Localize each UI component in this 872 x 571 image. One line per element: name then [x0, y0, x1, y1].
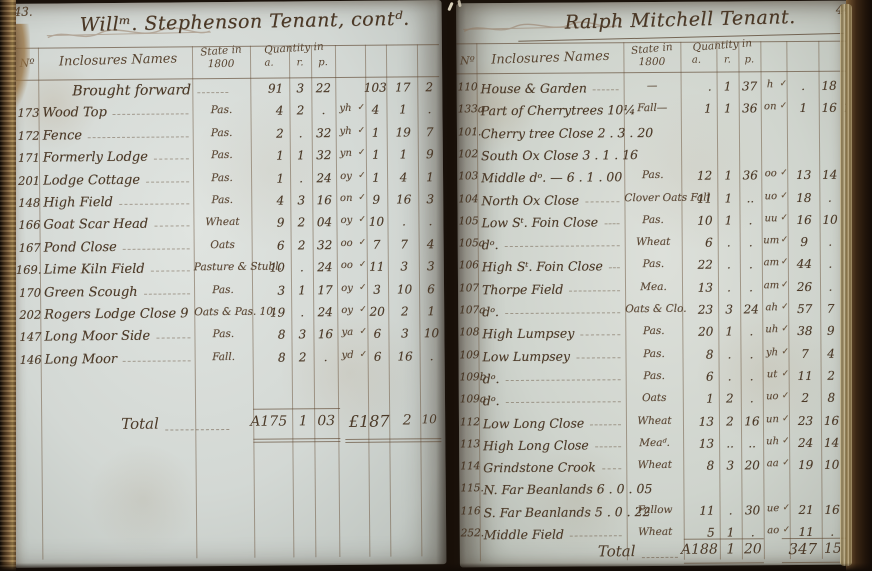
perches-value: 32: [313, 238, 337, 252]
leader-dashes: [144, 292, 190, 294]
shillings-value: 14: [821, 435, 842, 449]
state-in-1800: Meaᵈ.: [626, 437, 683, 449]
acres-value: 10: [252, 261, 285, 275]
shillings-value: .: [820, 257, 841, 271]
roods-value: .: [291, 305, 313, 319]
pounds-value: 3: [364, 282, 390, 296]
shillings-value: 10: [820, 213, 841, 227]
total-roods: 1: [292, 413, 314, 429]
shillings-value: 18: [819, 79, 840, 93]
acres-value: 11: [681, 191, 712, 205]
leader-dashes: [123, 247, 190, 250]
acres-value: 11: [684, 503, 715, 517]
roods-value: 3: [718, 302, 740, 316]
ledger-row: 109b dᵒ. Pas. 6 . . ut ✓ 11 2 ..: [459, 369, 853, 394]
pounds-value: 23: [791, 413, 820, 427]
pounds-value: 11: [364, 260, 390, 274]
acres-value: 4: [250, 104, 283, 118]
roods-value: .: [290, 171, 312, 185]
perches-value: 36: [739, 168, 761, 182]
ledger-row: 148 High Field Pas. 4 3 16 on ✓ 9 16 3: [11, 192, 443, 218]
perches-value: 37: [739, 79, 761, 93]
state-in-1800: Fall.: [195, 351, 253, 364]
state-in-1800: Pas.: [193, 194, 251, 207]
acres-value: 6: [252, 238, 285, 252]
state-in-1800: Oats: [626, 392, 683, 404]
roods-value: 3: [289, 81, 311, 95]
leader-dashes: [154, 225, 189, 227]
inclosure-name: Green Scough: [44, 284, 194, 300]
total-acres: A175: [235, 413, 287, 429]
ledger-row: 171 Formerly Lodge Pas. 1 1 32 yn ✓ 1 1 …: [11, 147, 443, 173]
acres-value: 1: [683, 392, 714, 406]
rate-code: h: [761, 79, 780, 90]
total-perches: 03: [314, 413, 338, 429]
inclosure-name: North Ox Close: [481, 192, 623, 208]
inclosure-name: Middle dᵒ. — 6 . 1 . 00: [481, 169, 623, 185]
inclosure-name: N. Far Beanlands 6 . 0 . 05: [483, 482, 625, 498]
inclosure-name: Fence: [43, 127, 193, 143]
perches-value: .: [740, 280, 762, 294]
state-in-1800: Pas.: [626, 370, 683, 382]
total-shillings: 2: [397, 412, 417, 428]
bottom-shadow: [0, 563, 872, 571]
acres-value: 22: [682, 258, 713, 272]
roods-value: 1: [717, 102, 739, 116]
state-in-1800: Pas.: [625, 258, 682, 270]
shillings-value: 10: [390, 282, 419, 296]
row-number: 202: [16, 308, 41, 322]
ledger-row: 109a dᵒ. Oats 1 2 . uo ✓ 2 8 ..: [459, 391, 853, 416]
ledger-row: 103 Middle dᵒ. — 6 . 1 . 00 Pas. 12 1 36…: [457, 168, 851, 193]
roods-value: .: [719, 369, 741, 383]
leader-dashes: [604, 222, 619, 224]
ledger-row: 172 Fence Pas. 2 . 32 yh ✓ 1 19 7: [11, 125, 443, 151]
pounds-value: 26: [790, 280, 819, 294]
total-acres: A188: [672, 542, 718, 558]
roods-value: 1: [717, 79, 739, 93]
leader-dashes: [580, 334, 620, 336]
rate-code: uh: [762, 324, 781, 335]
pounds-value: 1: [789, 101, 818, 115]
acres-value: 9: [251, 216, 284, 230]
ledger-row: Brought forward 91 3 22 103 17 2: [10, 80, 442, 106]
inclosure-name: S. Far Beanlands 5 . 0 . 22: [484, 504, 626, 520]
roods-value: .: [718, 258, 740, 272]
roods-value: 1: [718, 325, 740, 339]
ledger-row: 116 S. Far Beanlands 5 . 0 . 22 Fallow 1…: [460, 502, 854, 527]
ledger-row: 133a Part of Cherrytrees 10¼ Fall— 1 1 3…: [457, 101, 851, 126]
perches-value: ..: [741, 436, 763, 450]
pounds-value: 44: [790, 257, 819, 271]
pounds-value: 24: [791, 436, 820, 450]
rate-code: ao: [764, 525, 783, 536]
acres-value: 8: [252, 328, 285, 342]
acres-value: 13: [683, 436, 714, 450]
acres-value: 19: [252, 306, 285, 320]
acres-value: 91: [250, 82, 283, 96]
leader-dashes: [123, 359, 191, 362]
ledger-row: 115. N. Far Beanlands 6 . 0 . 05: [459, 480, 853, 505]
perches-value: 32: [312, 126, 336, 140]
header-rule: [456, 41, 848, 45]
pounds-value: 38: [790, 324, 819, 338]
ledger-row: 105 Low Sᵗ. Foin Close Pas. 10 1 . uu ✓ …: [458, 212, 852, 237]
inclosure-name: Wood Top: [42, 105, 192, 121]
rate-code: ya: [336, 327, 358, 338]
state-in-1800: Pasture & Stubl.: [194, 261, 252, 274]
state-in-1800: Wheat: [626, 414, 683, 426]
ledger-row: 104 North Ox Close Clover Oats Fall 11 1…: [457, 190, 851, 215]
pounds-value: 57: [790, 302, 819, 316]
shillings-value: .: [820, 279, 841, 293]
ledger-row: 112 Low Long Close Wheat 13 2 16 un ✓ 23…: [459, 413, 853, 438]
perches-value: 04: [312, 215, 336, 229]
shillings-value: 4: [820, 346, 841, 360]
ledger-row: 107a dᵒ. Oats & Clo. 23 3 24 ah ✓ 57 7 2: [458, 302, 852, 327]
rate-code: yh: [762, 347, 781, 358]
leader-dashes: [595, 445, 621, 447]
inclosure-name: dᵒ.: [483, 392, 625, 408]
roods-value: .: [291, 260, 313, 274]
shillings-value: 16: [389, 192, 418, 206]
rate-code: oy: [336, 305, 358, 316]
rate-code: ah: [762, 302, 781, 313]
ledger-book: 43. Willᵐ. Stephenson Tenant, contᵈ. Nº …: [0, 0, 872, 571]
roods-value: ..: [719, 436, 741, 450]
perches-value: 30: [742, 503, 764, 517]
state-in-1800: Pas.: [193, 149, 251, 162]
pounds-value: 7: [790, 346, 819, 360]
inclosure-name: Cherry tree Close 2 . 3 . 20: [481, 125, 623, 141]
ledger-row: 106 High Sᵗ. Foin Close Pas. 22 . . am ✓…: [458, 257, 852, 282]
total-label: Total: [121, 415, 159, 433]
perches-value: .: [741, 391, 763, 405]
leader-dashes: [505, 311, 620, 314]
leader-dashes: [113, 113, 189, 116]
rate-code: yn: [335, 148, 357, 159]
state-in-1800: Pas.: [193, 127, 251, 140]
acres-value: 13: [683, 414, 714, 428]
rate-code: oy: [335, 170, 357, 181]
shillings-value: .: [389, 215, 418, 229]
acres-value: .: [681, 80, 712, 94]
pounds-value: 10: [363, 215, 389, 229]
leader-dashes: [585, 200, 619, 202]
rate-code: un: [763, 414, 782, 425]
acres-value: 8: [253, 350, 286, 364]
shillings-value: .: [819, 190, 840, 204]
rate-code: uo: [763, 391, 782, 402]
ledger-row: 147 Long Moor Side Pas. 8 3 16 ya ✓ 6 3 …: [12, 327, 444, 353]
inclosure-name: dᵒ.: [483, 370, 625, 386]
rate-code: aa: [763, 458, 782, 469]
ledger-row: 169. Lime Kiln Field Pasture & Stubl. 10…: [12, 259, 444, 285]
total-pounds: 347: [784, 540, 822, 558]
acres-value: 4: [251, 194, 284, 208]
shillings-value: 16: [819, 101, 840, 115]
row-number: 146: [17, 352, 42, 366]
leader-dashes: [506, 400, 621, 403]
total-pounds: £187: [343, 412, 395, 431]
inclosure-name: Formerly Lodge: [43, 149, 193, 165]
perches-value: .: [740, 235, 762, 249]
row-number: 170: [16, 285, 41, 299]
inclosure-name: House & Garden: [481, 80, 623, 96]
leader-dashes: [576, 356, 620, 358]
acres-value: 12: [681, 169, 712, 183]
header-rule: [457, 71, 849, 75]
row-number: 172: [15, 128, 40, 142]
roods-value: 2: [290, 216, 312, 230]
state-in-1800: Oats & Pas. 10.: [194, 306, 252, 319]
acres-value: 20: [682, 325, 713, 339]
leader-dashes: [197, 91, 228, 93]
roods-value: 1: [291, 283, 313, 297]
inclosure-name: Long Moor Side: [44, 329, 194, 345]
perches-value: .: [740, 213, 762, 227]
rate-code: on: [335, 193, 357, 204]
shillings-value: 7: [820, 302, 841, 316]
inclosure-name: High Long Close: [483, 437, 625, 453]
pounds-value: 13: [789, 168, 818, 182]
inclosure-name: South Ox Close 3 . 1 . 16: [481, 147, 623, 163]
leader-dashes: [590, 423, 621, 425]
leader-dashes: [593, 88, 619, 90]
state-in-1800: Pas.: [194, 283, 252, 296]
state-in-1800: Pas.: [193, 171, 251, 184]
row-number: 148: [15, 196, 40, 210]
rate-code: ut: [763, 369, 782, 380]
row-number: 171: [15, 151, 40, 165]
roods-value: 2: [719, 414, 741, 428]
ledger-row: 110 House & Garden — . 1 37 h ✓ . 18 3: [457, 79, 851, 104]
perches-value: 16: [312, 193, 336, 207]
perches-value: 24: [312, 171, 336, 185]
state-in-1800: Wheat: [625, 236, 682, 248]
acres-value: 3: [252, 283, 285, 297]
perches-value: .: [740, 325, 762, 339]
roods-value: 3: [719, 458, 741, 472]
header-rule: [13, 44, 439, 49]
state-in-1800: Oats & Clo.: [625, 303, 682, 315]
ledger-row: 202 Rogers Lodge Close 9 Oats & Pas. 10.…: [12, 304, 444, 330]
shillings-value: 2: [821, 369, 842, 383]
acres-value: 1: [681, 102, 712, 116]
state-in-1800: Mea.: [625, 280, 682, 292]
acres-value: 1: [251, 171, 284, 185]
inclosure-name: Goat Scar Head: [43, 217, 193, 233]
pounds-value: 2: [791, 391, 820, 405]
total-roods: 1: [720, 541, 742, 557]
inclosure-name: Long Moor: [45, 351, 195, 367]
acres-value: 2: [251, 126, 284, 140]
perches-value: 22: [311, 81, 335, 95]
acres-value: 6: [682, 236, 713, 250]
rate-code: uu: [762, 213, 781, 224]
total-perches: 20: [742, 541, 764, 557]
rate-code: am: [762, 258, 781, 269]
row-number: 147: [16, 330, 41, 344]
page-stack-edge: [840, 4, 852, 566]
pounds-value: 19: [791, 458, 820, 472]
shillings-value: 17: [388, 80, 417, 94]
acres-value: 6: [683, 369, 714, 383]
roods-value: .: [720, 503, 742, 517]
state-in-1800: Wheat: [627, 526, 684, 538]
rate-code: on: [761, 101, 780, 112]
state-in-1800: Pas.: [194, 328, 252, 341]
shillings-value: 9: [820, 324, 841, 338]
roods-value: 2: [291, 238, 313, 252]
acres-value: 23: [682, 303, 713, 317]
inclosure-name: Grindstone Crook: [483, 459, 625, 475]
perches-value: 20: [741, 458, 763, 472]
perches-value: 36: [739, 102, 761, 116]
ledger-row: 107 Thorpe Field Mea. 13 . . am ✓ 26 . .: [458, 279, 852, 304]
rate-code: am: [762, 280, 781, 291]
pounds-value: 4: [362, 103, 388, 117]
state-in-1800: Pas.: [625, 325, 682, 337]
total-label: Total: [598, 542, 636, 560]
state-in-1800: Pas.: [625, 347, 682, 359]
right-page: 44 Ralph Mitchell Tenant. Nº Inclosures …: [456, 1, 854, 568]
acres-value: 13: [682, 280, 713, 294]
leader-dashes: [119, 202, 189, 205]
rate-code: yh: [335, 126, 357, 137]
leader-dashes: [154, 158, 189, 160]
pounds-value: 7: [364, 237, 390, 251]
leader-dashes: [156, 337, 190, 339]
state-in-1800: Wheat: [193, 216, 251, 229]
pounds-value: 11: [791, 369, 820, 383]
shillings-value: 1: [388, 103, 417, 117]
roods-value: 1: [717, 191, 739, 205]
pounds-value: 103: [362, 81, 388, 95]
inclosure-name: Low Sᵗ. Foin Close: [482, 214, 624, 230]
roods-value: 2: [719, 392, 741, 406]
rate-code: um: [762, 235, 781, 246]
inclosure-name: Lodge Cottage: [43, 172, 193, 188]
ledger-row: 170 Green Scough Pas. 3 1 17 oy ✓ 3 10 6: [12, 282, 444, 308]
shillings-value: 16: [821, 413, 842, 427]
perches-value: .: [740, 347, 762, 361]
inclosure-name: High Sᵗ. Foin Close: [482, 259, 624, 275]
shillings-value: 1: [389, 148, 418, 162]
inclosure-name: Low Long Close: [483, 415, 625, 431]
perches-value: .: [741, 369, 763, 383]
ledger-row: 101. Cherry tree Close 2 . 3 . 20: [457, 123, 851, 148]
ledger-row: 167 Pond Close Oats 6 2 32 oo ✓ 7 7 4: [12, 237, 444, 263]
perches-value: .: [311, 103, 335, 117]
rate-code: oy: [335, 215, 357, 226]
rate-code: oy: [336, 282, 358, 293]
perches-value: 24: [313, 305, 337, 319]
shillings-value: 8: [821, 391, 842, 405]
rate-code: oo: [336, 260, 358, 271]
state-in-1800: Clover Oats Fall: [624, 191, 681, 203]
perches-value: 16: [741, 414, 763, 428]
state-in-1800: Pas.: [192, 104, 250, 117]
leader-dashes: [505, 378, 620, 381]
shillings-value: 3: [390, 327, 419, 341]
acres-value: 10: [682, 213, 713, 227]
shillings-value: 4: [389, 170, 418, 184]
rate-code: uo: [761, 191, 780, 202]
roods-value: 1: [718, 213, 740, 227]
shillings-value: 19: [389, 125, 418, 139]
row-number: 169.: [16, 263, 41, 277]
pounds-value: 1: [363, 170, 389, 184]
rate-code: ue: [764, 503, 783, 514]
pounds-value: 6: [364, 327, 390, 341]
pounds-value: 16: [790, 213, 819, 227]
ledger-row: 173 Wood Top Pas. 4 2 . yh ✓ 4 1 .: [10, 103, 442, 129]
roods-value: .: [718, 280, 740, 294]
shillings-value: 7: [390, 237, 419, 251]
left-page: 43. Willᵐ. Stephenson Tenant, contᵈ. Nº …: [10, 0, 447, 568]
perches-value: 24: [313, 260, 337, 274]
state-in-1800: Oats: [194, 239, 252, 252]
rate-code: oo: [336, 238, 358, 249]
pounds-value: 21: [792, 503, 821, 517]
shillings-value: .: [820, 235, 841, 249]
inclosure-name: Low Lumpsey: [482, 348, 624, 364]
shillings-value: 16: [391, 349, 420, 363]
ledger-row: 102 South Ox Close 3 . 1 . 16: [457, 146, 851, 171]
perches-value: 17: [313, 283, 337, 297]
pounds-value: 18: [789, 190, 818, 204]
perches-value: .: [740, 258, 762, 272]
pounds-value: 6: [365, 349, 391, 363]
inclosure-name: dᵒ.: [482, 303, 624, 319]
pounds-value: 1: [363, 148, 389, 162]
leader-dashes: [505, 244, 620, 247]
leader-dashes: [570, 534, 622, 536]
roods-value: 1: [717, 169, 739, 183]
ledger-row: 105a dᵒ. Wheat 6 . . um ✓ 9 . .: [458, 235, 852, 260]
ledger-row: 166 Goat Scar Head Wheat 9 2 04 oy ✓ 10 …: [11, 215, 443, 241]
ledger-row: 146 Long Moor Fall. 8 2 . yd ✓ 6 16 .: [13, 349, 445, 375]
roods-value: 2: [292, 350, 314, 364]
ledger-row: 113 High Long Close Meaᵈ. 13 .. .. uh ✓ …: [459, 435, 853, 460]
leader-dashes: [88, 135, 189, 138]
row-number: 166: [15, 218, 40, 232]
inclosure-name: Brought forward: [72, 82, 232, 99]
acres-value: 1: [251, 149, 284, 163]
state-in-1800: Pas.: [624, 169, 681, 181]
shillings-value: 2: [390, 304, 419, 318]
leader-dashes: [146, 180, 189, 182]
inclosure-name: High Lumpsey: [482, 326, 624, 342]
perches-value: .: [314, 350, 338, 364]
perches-value: ..: [739, 191, 761, 205]
rate-code: uh: [763, 436, 782, 447]
left-rows: Brought forward 91 3 22 103 17 2 173 Woo…: [10, 0, 447, 568]
perches-value: 16: [313, 327, 337, 341]
ledger-row: 108 High Lumpsey Pas. 20 1 . uh ✓ 38 9 6: [458, 324, 852, 349]
shillings-value: 14: [819, 168, 840, 182]
state-in-1800: Fall—: [624, 102, 681, 114]
pounds-value: 9: [363, 193, 389, 207]
perches-value: 32: [312, 148, 336, 162]
leader-dashes: [151, 270, 190, 272]
state-in-1800: —: [624, 80, 681, 92]
inclosure-name: Middle Field: [484, 526, 626, 542]
book-gutter-shadow: [436, 0, 466, 571]
inclosure-name: High Field: [43, 194, 193, 210]
rate-code: yd: [337, 350, 359, 361]
